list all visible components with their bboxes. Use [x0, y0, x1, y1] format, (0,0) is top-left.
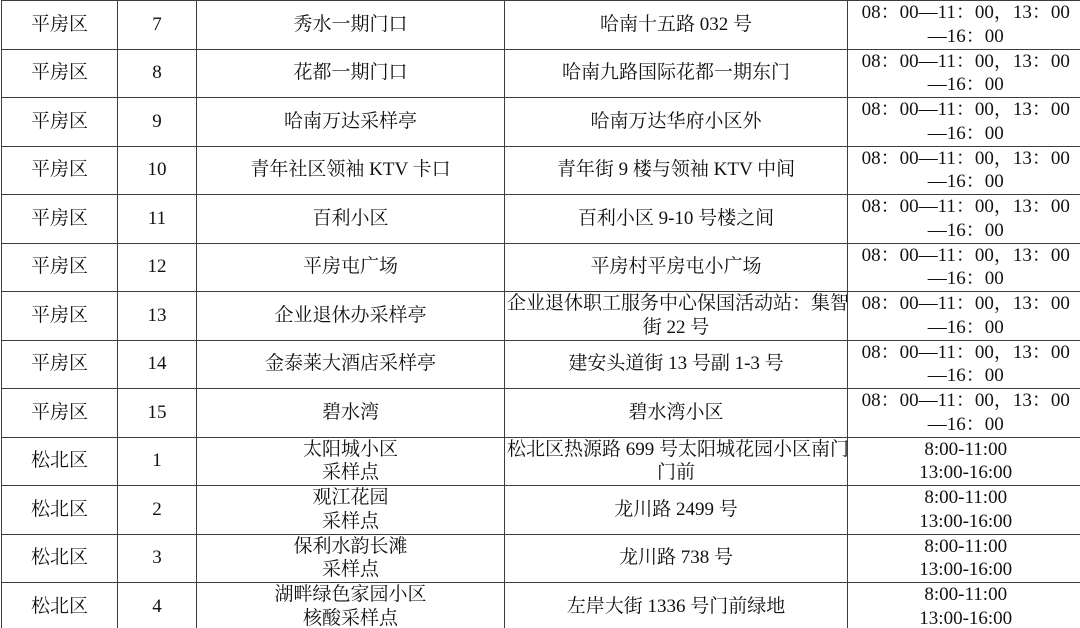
district-cell: 平房区 [2, 195, 118, 244]
time-cell: 8:00-11:00 13:00-16:00 [848, 437, 1080, 486]
number-cell: 3 [118, 534, 197, 583]
time-cell: 08：00—11：00，13：00 —16：00 [848, 292, 1080, 341]
address-cell: 左岸大街 1336 号门前绿地 [505, 583, 848, 628]
number-cell: 10 [118, 146, 197, 195]
district-cell: 平房区 [2, 243, 118, 292]
table-row: 松北区 3 保利水韵长滩 采样点 龙川路 738 号 8:00-11:00 13… [2, 534, 1080, 583]
table-row: 松北区 1 太阳城小区 采样点 松北区热源路 699 号太阳城花园小区南门 门前… [2, 437, 1080, 486]
table-row: 平房区 15 碧水湾 碧水湾小区 08：00—11：00，13：00 —16：0… [2, 389, 1080, 438]
number-cell: 9 [118, 98, 197, 147]
district-cell: 平房区 [2, 1, 118, 50]
address-cell: 松北区热源路 699 号太阳城花园小区南门 门前 [505, 437, 848, 486]
table-row: 平房区 12 平房屯广场 平房村平房屯小广场 08：00—11：00，13：00… [2, 243, 1080, 292]
site-name-cell: 保利水韵长滩 采样点 [197, 534, 505, 583]
site-name-cell: 花都一期门口 [197, 49, 505, 98]
table-body: 平房区 7 秀水一期门口 哈南十五路 032 号 08：00—11：00，13：… [2, 1, 1080, 628]
time-cell: 08：00—11：00，13：00 —16：00 [848, 340, 1080, 389]
address-cell: 碧水湾小区 [505, 389, 848, 438]
address-cell: 企业退休职工服务中心保国活动站：集智 街 22 号 [505, 292, 848, 341]
site-name-cell: 百利小区 [197, 195, 505, 244]
time-cell: 08：00—11：00，13：00 —16：00 [848, 1, 1080, 50]
site-name-cell: 秀水一期门口 [197, 1, 505, 50]
site-name-cell: 平房屯广场 [197, 243, 505, 292]
district-cell: 松北区 [2, 486, 118, 535]
number-cell: 11 [118, 195, 197, 244]
table-row: 平房区 13 企业退休办采样亭 企业退休职工服务中心保国活动站：集智 街 22 … [2, 292, 1080, 341]
table-row: 松北区 4 湖畔绿色家园小区 核酸采样点 左岸大街 1336 号门前绿地 8:0… [2, 583, 1080, 628]
site-name-cell: 青年社区领袖 KTV 卡口 [197, 146, 505, 195]
district-cell: 松北区 [2, 534, 118, 583]
site-name-cell: 太阳城小区 采样点 [197, 437, 505, 486]
site-name-cell: 碧水湾 [197, 389, 505, 438]
district-cell: 平房区 [2, 146, 118, 195]
address-cell: 哈南万达华府小区外 [505, 98, 848, 147]
district-cell: 松北区 [2, 437, 118, 486]
district-cell: 松北区 [2, 583, 118, 628]
address-cell: 建安头道街 13 号副 1-3 号 [505, 340, 848, 389]
district-cell: 平房区 [2, 389, 118, 438]
site-name-cell: 企业退休办采样亭 [197, 292, 505, 341]
table-row: 平房区 8 花都一期门口 哈南九路国际花都一期东门 08：00—11：00，13… [2, 49, 1080, 98]
time-cell: 08：00—11：00，13：00 —16：00 [848, 146, 1080, 195]
district-cell: 平房区 [2, 340, 118, 389]
address-cell: 哈南九路国际花都一期东门 [505, 49, 848, 98]
table-row: 平房区 7 秀水一期门口 哈南十五路 032 号 08：00—11：00，13：… [2, 1, 1080, 50]
time-cell: 8:00-11:00 13:00-16:00 [848, 583, 1080, 628]
time-cell: 08：00—11：00，13：00 —16：00 [848, 49, 1080, 98]
district-cell: 平房区 [2, 49, 118, 98]
document-page: 平房区 7 秀水一期门口 哈南十五路 032 号 08：00—11：00，13：… [0, 0, 1080, 628]
table-row: 平房区 11 百利小区 百利小区 9-10 号楼之间 08：00—11：00，1… [2, 195, 1080, 244]
time-cell: 08：00—11：00，13：00 —16：00 [848, 98, 1080, 147]
site-name-cell: 金泰莱大酒店采样亭 [197, 340, 505, 389]
table-row: 松北区 2 观江花园 采样点 龙川路 2499 号 8:00-11:00 13:… [2, 486, 1080, 535]
address-cell: 龙川路 2499 号 [505, 486, 848, 535]
district-cell: 平房区 [2, 292, 118, 341]
number-cell: 12 [118, 243, 197, 292]
time-cell: 08：00—11：00，13：00 —16：00 [848, 195, 1080, 244]
address-cell: 青年街 9 楼与领袖 KTV 中间 [505, 146, 848, 195]
time-cell: 8:00-11:00 13:00-16:00 [848, 534, 1080, 583]
number-cell: 2 [118, 486, 197, 535]
number-cell: 1 [118, 437, 197, 486]
time-cell: 8:00-11:00 13:00-16:00 [848, 486, 1080, 535]
number-cell: 15 [118, 389, 197, 438]
table-row: 平房区 9 哈南万达采样亭 哈南万达华府小区外 08：00—11：00，13：0… [2, 98, 1080, 147]
number-cell: 7 [118, 1, 197, 50]
table-row: 平房区 10 青年社区领袖 KTV 卡口 青年街 9 楼与领袖 KTV 中间 0… [2, 146, 1080, 195]
address-cell: 哈南十五路 032 号 [505, 1, 848, 50]
sampling-sites-table: 平房区 7 秀水一期门口 哈南十五路 032 号 08：00—11：00，13：… [1, 0, 1080, 628]
address-cell: 龙川路 738 号 [505, 534, 848, 583]
number-cell: 13 [118, 292, 197, 341]
time-cell: 08：00—11：00，13：00 —16：00 [848, 389, 1080, 438]
site-name-cell: 哈南万达采样亭 [197, 98, 505, 147]
site-name-cell: 湖畔绿色家园小区 核酸采样点 [197, 583, 505, 628]
number-cell: 8 [118, 49, 197, 98]
number-cell: 4 [118, 583, 197, 628]
time-cell: 08：00—11：00，13：00 —16：00 [848, 243, 1080, 292]
table-row: 平房区 14 金泰莱大酒店采样亭 建安头道街 13 号副 1-3 号 08：00… [2, 340, 1080, 389]
number-cell: 14 [118, 340, 197, 389]
site-name-cell: 观江花园 采样点 [197, 486, 505, 535]
address-cell: 平房村平房屯小广场 [505, 243, 848, 292]
address-cell: 百利小区 9-10 号楼之间 [505, 195, 848, 244]
district-cell: 平房区 [2, 98, 118, 147]
